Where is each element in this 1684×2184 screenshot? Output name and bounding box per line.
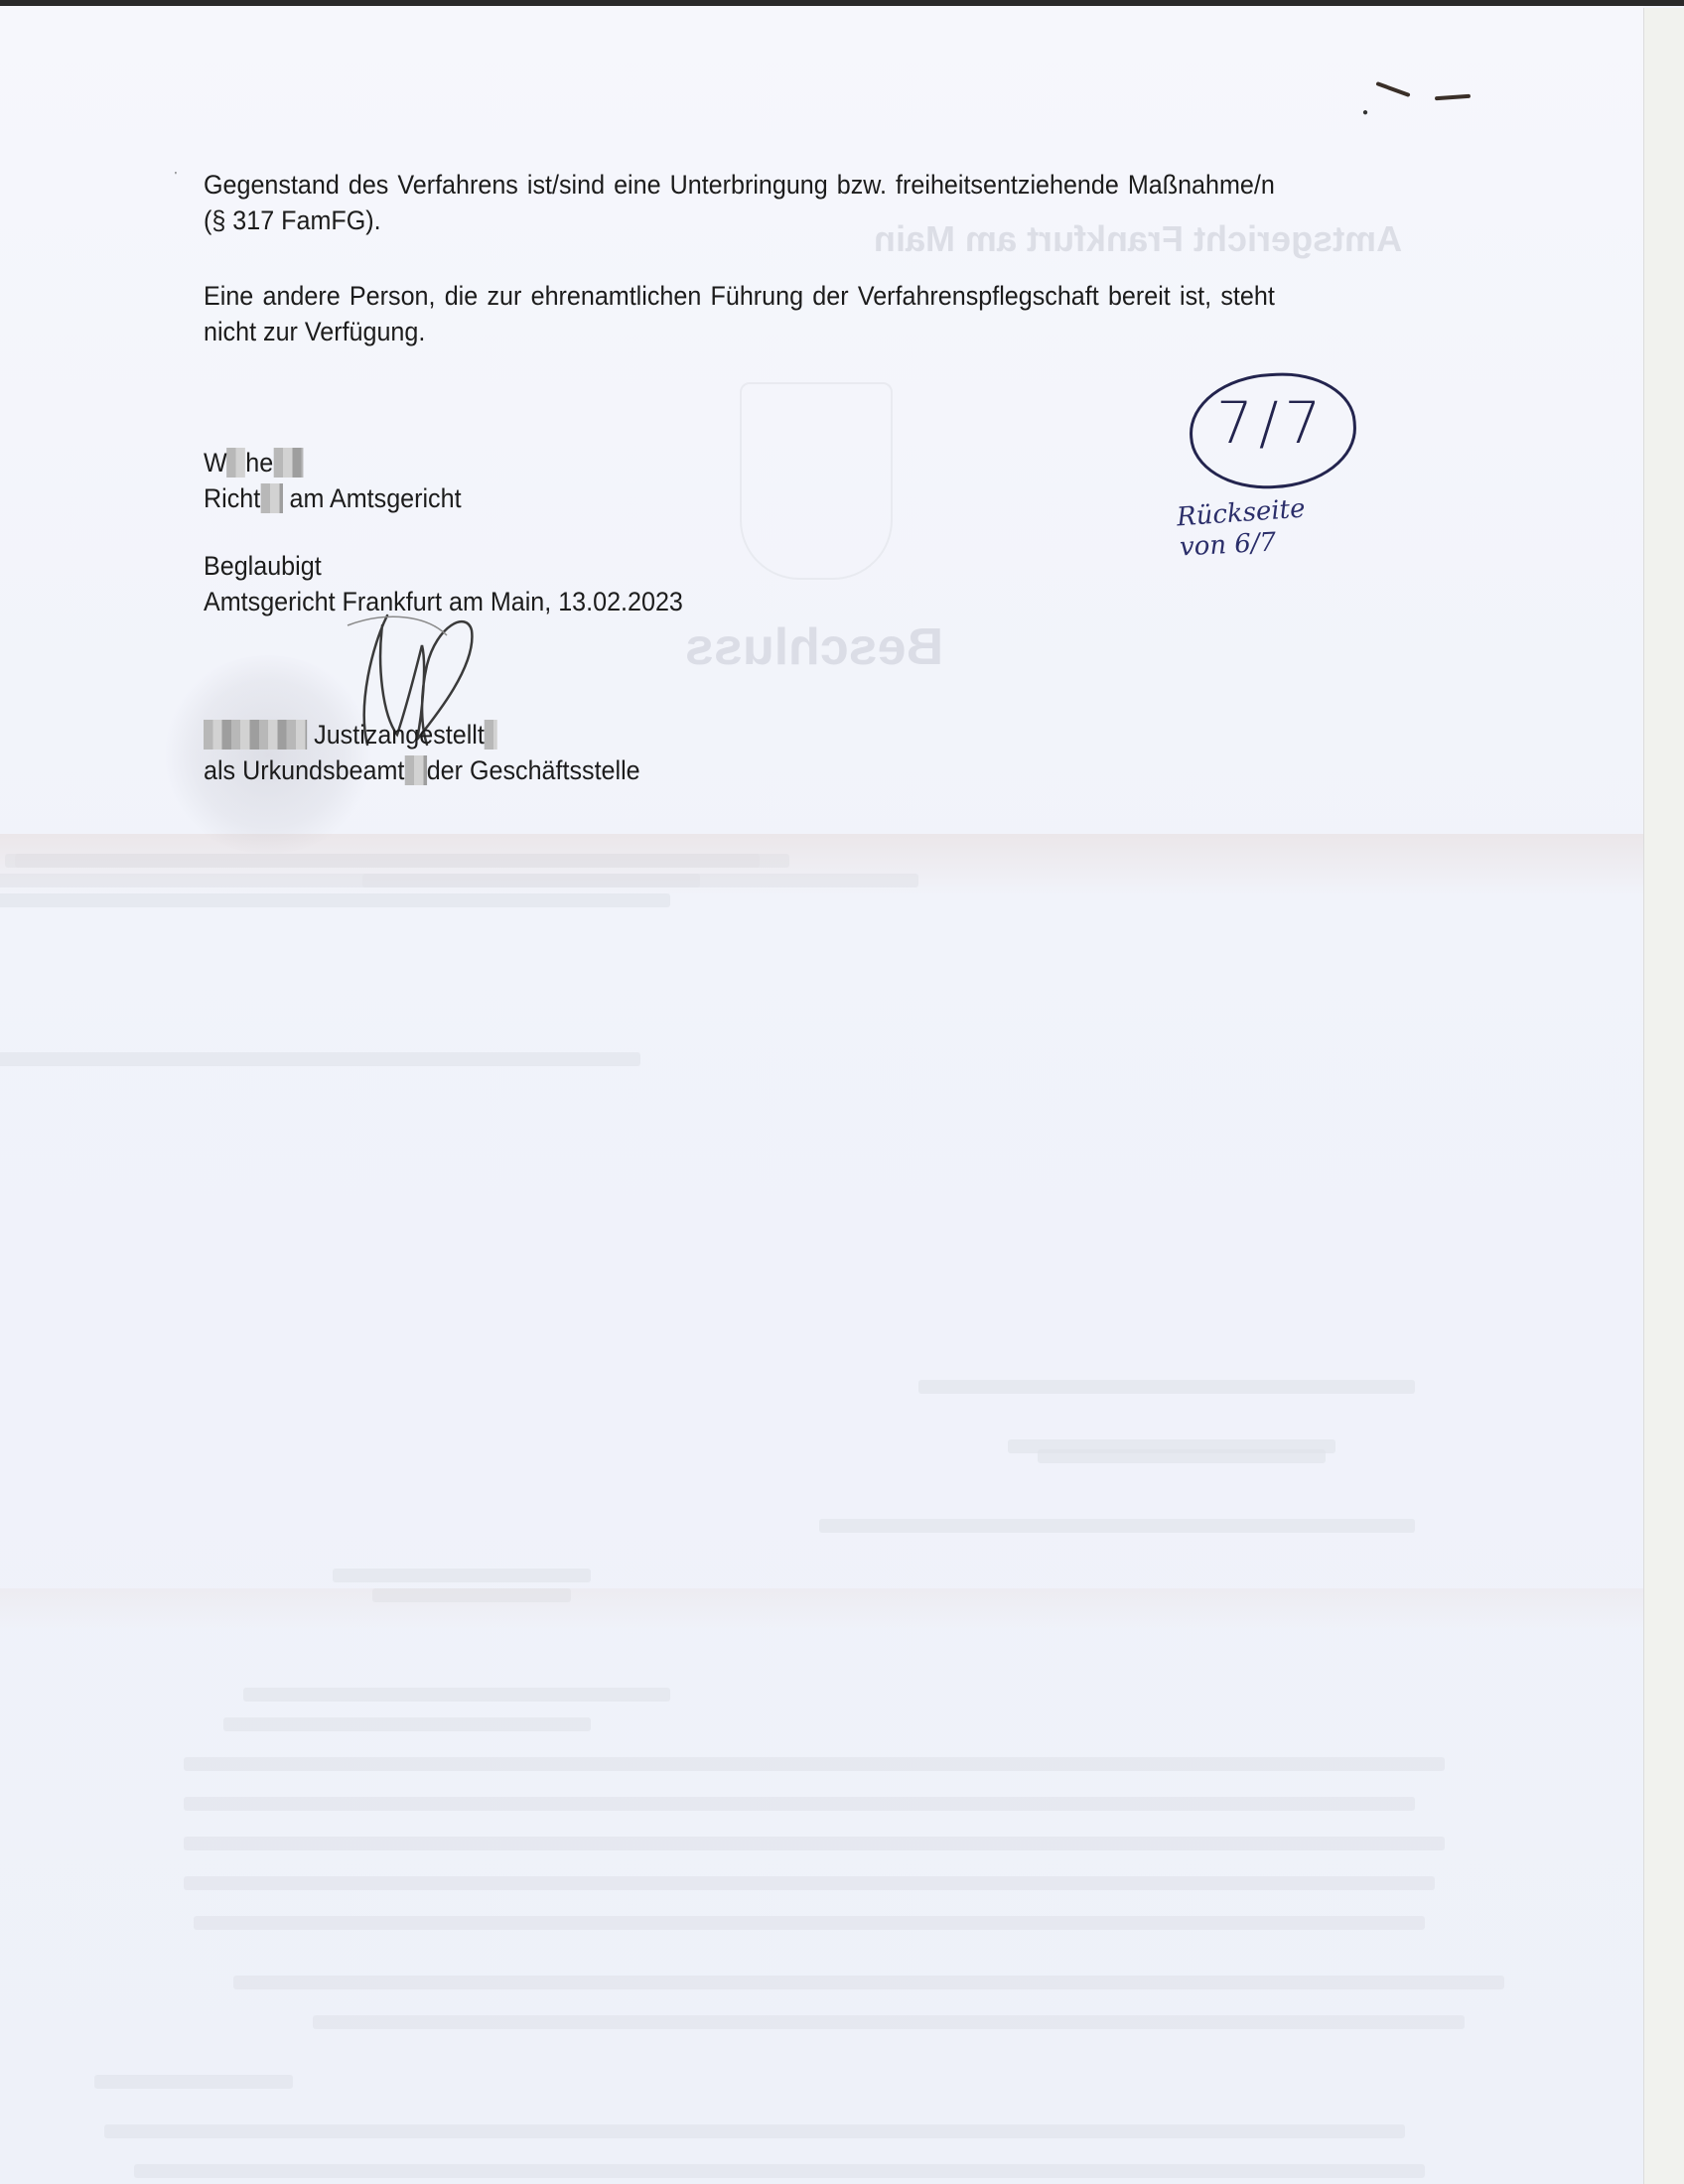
redaction bbox=[404, 755, 426, 785]
bleed-through-line bbox=[243, 1688, 670, 1702]
redaction bbox=[260, 483, 282, 513]
clerk-role-prefix: als Urkundsbeamt bbox=[204, 755, 404, 785]
redaction bbox=[204, 720, 307, 750]
redaction bbox=[227, 448, 246, 478]
bleed-through-line bbox=[313, 2015, 1465, 2029]
bleed-through-crest-icon bbox=[740, 382, 893, 580]
speck: ● bbox=[1362, 107, 1368, 118]
handwritten-note-line2: von 6/7 bbox=[1179, 527, 1277, 562]
redaction bbox=[485, 720, 497, 750]
bleed-through-line bbox=[184, 1837, 1445, 1850]
bleed-through-line bbox=[104, 2124, 1405, 2138]
bleed-through-title: Beschluss bbox=[685, 617, 943, 677]
bleed-through-line bbox=[0, 893, 670, 907]
underlying-sheet-edge bbox=[1643, 8, 1684, 2184]
bleed-through-line bbox=[134, 2164, 1425, 2178]
bleed-through-line bbox=[233, 1976, 1504, 1989]
judge-name: Whe bbox=[204, 445, 303, 480]
page-marker: 7/7 bbox=[1216, 389, 1327, 457]
judge-name-partial: he bbox=[245, 448, 273, 478]
certified-label: Beglaubigt bbox=[204, 548, 322, 584]
judge-title-suffix: am Amtsgericht bbox=[290, 483, 462, 513]
paper-fold bbox=[0, 1588, 1643, 1628]
bleed-through-line bbox=[194, 1916, 1425, 1930]
judge-title: Richt am Amtsgericht bbox=[204, 480, 462, 516]
bleed-through-line bbox=[819, 1519, 1415, 1533]
bleed-through-line bbox=[0, 1052, 640, 1066]
bleed-through-line bbox=[184, 1757, 1445, 1771]
speck: ' bbox=[175, 171, 177, 182]
bleed-through-line bbox=[184, 1876, 1435, 1890]
bleed-through-line bbox=[184, 1797, 1415, 1811]
bleed-through-line bbox=[223, 1717, 591, 1731]
bleed-through-line bbox=[94, 2075, 293, 2089]
paragraph-subject: Gegenstand des Verfahrens ist/sind eine … bbox=[204, 167, 1275, 238]
redaction bbox=[273, 448, 303, 478]
clerk-title: Justizangestellt bbox=[204, 717, 497, 752]
judge-title-prefix: Richt bbox=[204, 483, 260, 513]
clerk-role: als Urkundsbeamtder Geschäftsstelle bbox=[204, 752, 640, 788]
paragraph-no-other-person: Eine andere Person, die zur ehrenamtlich… bbox=[204, 278, 1275, 349]
bleed-through-line bbox=[1038, 1449, 1326, 1463]
judge-name-initial: W bbox=[204, 448, 227, 478]
bleed-through-line bbox=[333, 1569, 591, 1582]
clerk-role-suffix: der Geschäftsstelle bbox=[427, 755, 640, 785]
bleed-through-line bbox=[918, 1380, 1415, 1394]
clerk-title-text: Justizangestellt bbox=[314, 720, 485, 750]
